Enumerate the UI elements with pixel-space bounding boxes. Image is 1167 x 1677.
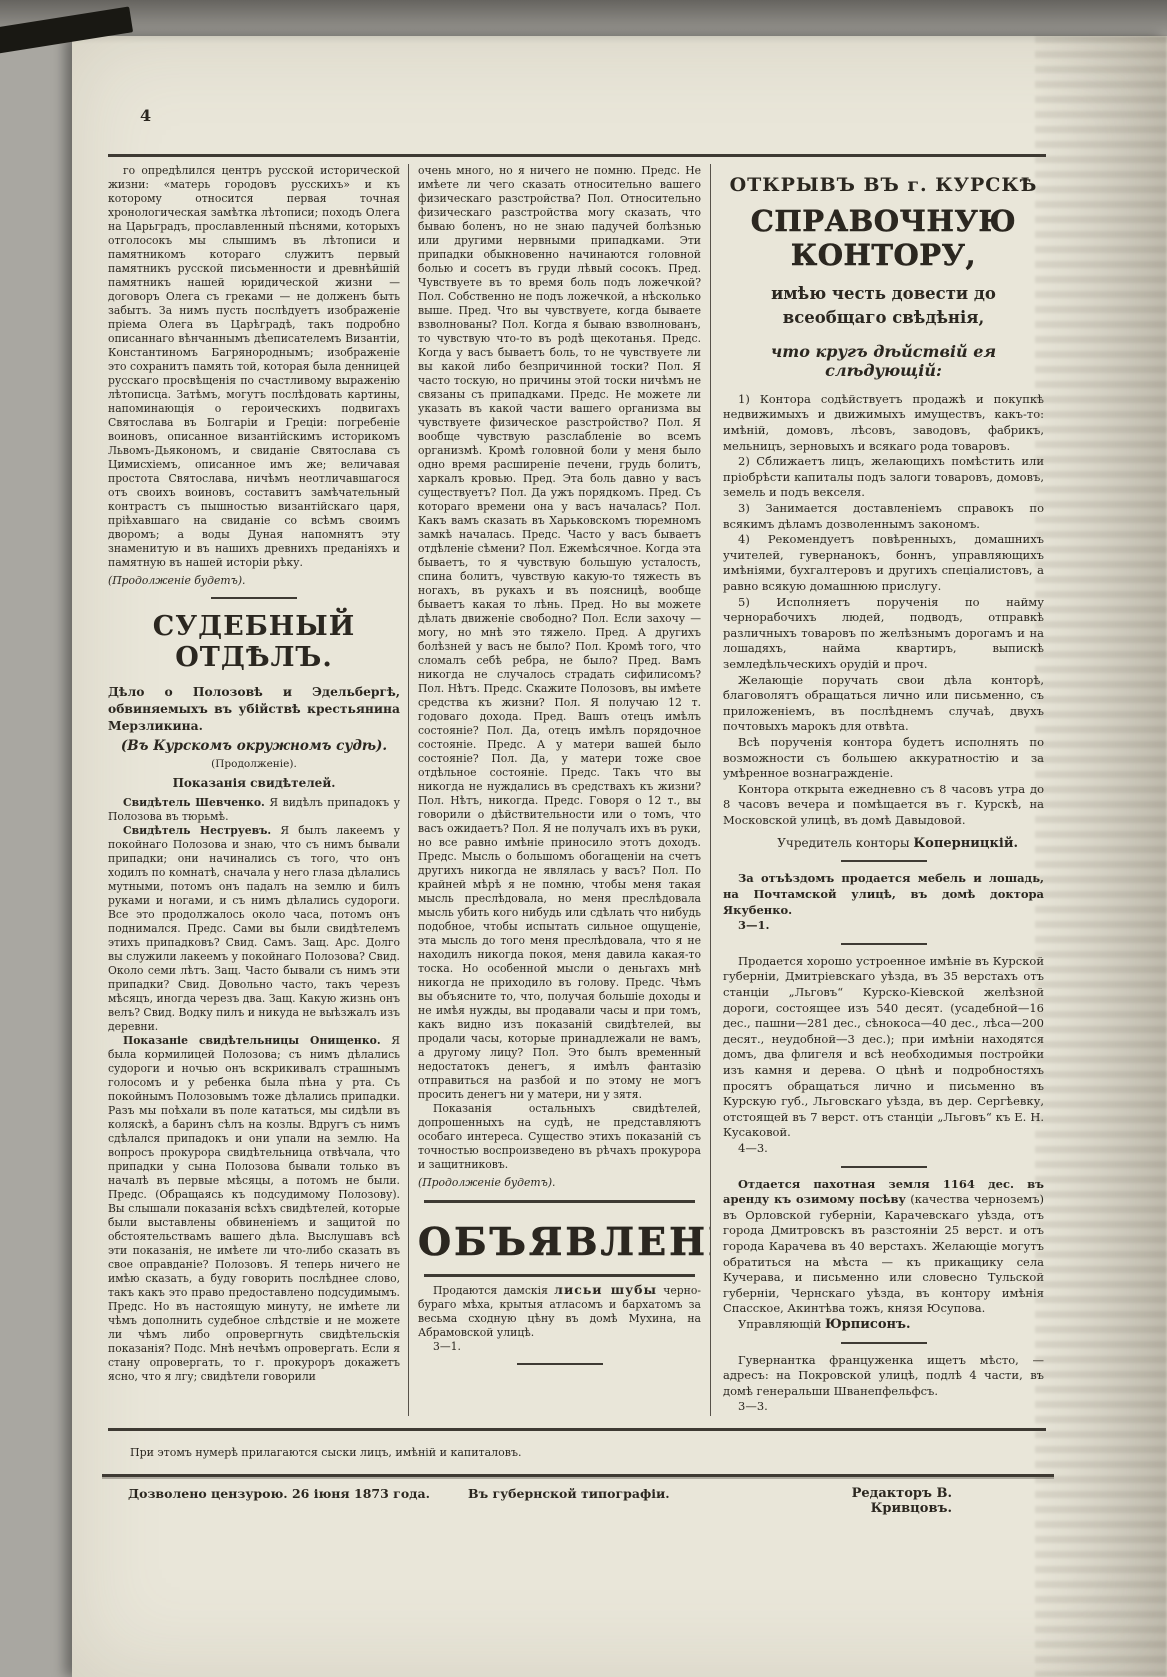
court-continuation-note: (Продолженіе будетъ). — [418, 1176, 701, 1190]
footer-rule-lower — [102, 1474, 1054, 1477]
office-items: 1) Контора содѣйствуетъ продажѣ и покупк… — [723, 392, 1044, 829]
office-item: 2) Сближаетъ лицъ, желающихъ помѣстить и… — [723, 454, 1044, 501]
testimony-closing-paragraph: Показанія остальныхъ свидѣтелей, допроше… — [418, 1102, 701, 1172]
printer-line: Въ губернской типографіи. — [468, 1486, 788, 1516]
ads-title-rule — [424, 1274, 696, 1277]
ad-furniture: За отъѣздомъ продается мебель и лошадь, … — [723, 871, 1044, 933]
footer-rule-upper — [108, 1428, 1046, 1431]
ad-text-part: (качества черноземъ) въ Орловской губерн… — [723, 1192, 1044, 1315]
ad-fur-coats: Продаются дамскія лисьи шубы черно-бураг… — [418, 1283, 701, 1354]
ad-repeat-mark: 3—3. — [723, 1399, 1044, 1415]
ad-text: Продаются дамскія лисьи шубы черно-бураг… — [418, 1283, 701, 1340]
witness-name: Свидѣтель Шевченко. — [123, 796, 265, 809]
newspaper-page: 4 го опредѣлился центръ русской историче… — [72, 36, 1167, 1677]
ad-text-part: Продаются дамскія — [433, 1284, 548, 1297]
ad-text: Гувернантка француженка ищетъ мѣсто, — а… — [723, 1353, 1044, 1400]
scan-top-shadow — [0, 0, 1167, 44]
office-signature: Учредитель конторы Коперницкій. — [723, 836, 1044, 851]
ad-text-bold: лисьи шубы — [554, 1282, 657, 1297]
ad-land: Отдается пахотная земля 1164 дес. въ аре… — [723, 1177, 1044, 1333]
ads-top-rule — [424, 1200, 696, 1203]
left-column: го опредѣлился центръ русской историческ… — [108, 164, 408, 1416]
section-divider — [211, 597, 297, 599]
signature-name: Юрписонъ. — [825, 1317, 911, 1332]
testimony-paragraph: Показаніе свидѣтельницы Онищенко. Я была… — [108, 1034, 400, 1384]
testimony-paragraph: Свидѣтель Шевченко. Я видѣлъ припадокъ у… — [108, 796, 400, 824]
editor-line: Редакторъ В. Кривцовъ. — [788, 1486, 1048, 1516]
ad-text: Отдается пахотная земля 1164 дес. въ аре… — [723, 1177, 1044, 1317]
testimony-paragraph: Свидѣтель Неструевъ. Я былъ лакеемъ у по… — [108, 824, 400, 1034]
ad-repeat-mark: 4—3. — [723, 1141, 1044, 1157]
ad-estate: Продается хорошо устроенное имѣніе въ Ку… — [723, 954, 1044, 1157]
court-section-title: СУДЕБНЫЙ ОТДѢЛЪ. — [108, 611, 400, 673]
middle-column: очень много, но я ничего не помню. Предс… — [408, 164, 710, 1416]
office-headline-large: СПРАВОЧНУЮ КОНТОРУ, — [723, 204, 1044, 272]
ad-text: Продается хорошо устроенное имѣніе въ Ку… — [723, 954, 1044, 1141]
office-subline-italic: что кругъ дѣйствій ея слѣдующій: — [723, 342, 1044, 380]
office-paragraph: Всѣ порученія контора будетъ исполнять п… — [723, 735, 1044, 782]
page-columns: го опредѣлился центръ русской историческ… — [108, 164, 1046, 1416]
land-signature: Управляющій Юрписонъ. — [723, 1317, 1044, 1333]
office-paragraph: Желающіе поручать свои дѣла конторѣ, бла… — [723, 673, 1044, 735]
history-article: го опредѣлился центръ русской историческ… — [108, 164, 400, 588]
imprint-row: Дозволено цензурою. 26 іюня 1873 года. В… — [128, 1486, 1048, 1516]
office-paragraph: Контора открыта ежедневно съ 8 часовъ ут… — [723, 782, 1044, 829]
testimony-paragraph: очень много, но я ничего не помню. Предс… — [418, 164, 701, 1102]
top-rule — [108, 154, 1046, 157]
ad-divider — [517, 1363, 603, 1365]
ad-divider — [841, 1166, 927, 1168]
witness-name: Свидѣтель Неструевъ. — [123, 824, 271, 837]
court-continuation-note: (Продолженіе). — [108, 758, 400, 770]
ad-governess: Гувернантка француженка ищетъ мѣсто, — а… — [723, 1353, 1044, 1415]
signature-title: Управляющій — [738, 1317, 821, 1331]
court-testimony: Свидѣтель Шевченко. Я видѣлъ припадокъ у… — [108, 796, 400, 1384]
ad-text: За отъѣздомъ продается мебель и лошадь, … — [723, 871, 1044, 918]
ad-divider — [841, 860, 927, 862]
censor-line: Дозволено цензурою. 26 іюня 1873 года. — [128, 1486, 468, 1516]
office-item: 4) Рекомендуетъ повѣренныхъ, домашнихъ у… — [723, 532, 1044, 594]
court-testimony-continued: очень много, но я ничего не помню. Предс… — [418, 164, 701, 1190]
office-subline: имѣю честь довести до всеобщаго свѣдѣнія… — [723, 282, 1044, 330]
history-continuation-note: (Продолженіе будетъ). — [108, 574, 400, 588]
history-article-paragraph: го опредѣлился центръ русской историческ… — [108, 164, 400, 570]
signature-title: Учредитель конторы — [777, 836, 909, 850]
ad-repeat-mark: 3—1. — [723, 918, 1044, 934]
supplement-note: При этомъ нумерѣ прилагаются сыски лицъ,… — [130, 1446, 1030, 1459]
court-venue-note: (Въ Курскомъ окружномъ судѣ). — [108, 738, 400, 754]
court-subheading: Показанія свидѣтелей. — [108, 776, 400, 790]
page-number: 4 — [140, 106, 151, 125]
page-bleedthrough-artifact — [1035, 36, 1167, 1677]
witness-name: Показаніе свидѣтельницы Онищенко. — [123, 1034, 381, 1047]
office-headline-small: ОТКРЫВЪ ВЪ г. КУРСКѢ — [723, 174, 1044, 196]
ad-divider — [841, 1342, 927, 1344]
testimony-text: Я былъ лакеемъ у покойнаго Полозова и зн… — [108, 824, 400, 1033]
testimony-text: Я была кормилицей Полозова; съ нимъ дѣла… — [108, 1034, 400, 1383]
court-case-title: Дѣло о Полозовѣ и Эдельбергѣ, обвиняемых… — [108, 683, 400, 734]
office-notice: ОТКРЫВЪ ВЪ г. КУРСКѢ СПРАВОЧНУЮ КОНТОРУ,… — [723, 174, 1044, 851]
ad-divider — [841, 943, 927, 945]
office-item: 5) Исполняетъ порученія по найму чернора… — [723, 595, 1044, 673]
signature-name: Коперницкій. — [913, 836, 1018, 851]
right-column: ОТКРЫВЪ ВЪ г. КУРСКѢ СПРАВОЧНУЮ КОНТОРУ,… — [710, 164, 1046, 1416]
ads-section-title: ОБЪЯВЛЕНІЯ. — [418, 1219, 701, 1264]
office-item: 1) Контора содѣйствуетъ продажѣ и покупк… — [723, 392, 1044, 454]
office-item: 3) Занимается доставленіемъ справокъ по … — [723, 501, 1044, 532]
ad-repeat-mark: 3—1. — [418, 1340, 701, 1354]
